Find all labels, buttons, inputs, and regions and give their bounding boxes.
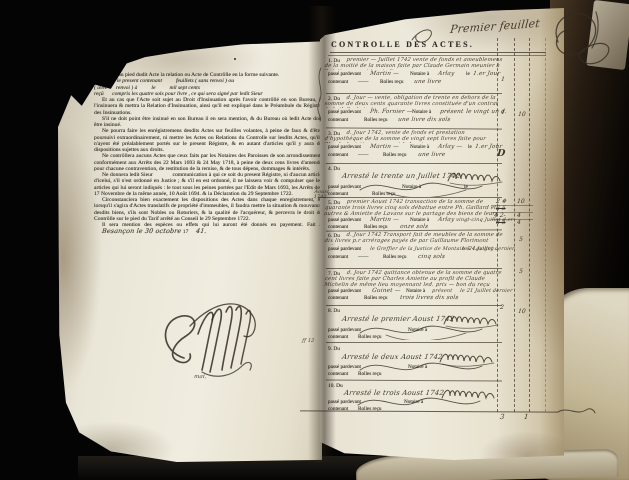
label-notaire-a: Notaire à (410, 144, 429, 150)
label-le: le (468, 144, 472, 150)
label-contenant: contenant (328, 117, 348, 123)
arrete-statement: Arresté le trente un Juillet 1742 (341, 172, 461, 180)
label-notaire-a: Notaire à (410, 217, 429, 223)
notary-name: Martin — (370, 144, 400, 150)
label-rolles-recu: Rolles reçu (380, 79, 403, 85)
scanned-register-photo: Mettra au pied dudit Acte la relation ou… (0, 0, 629, 480)
register-entry-2: 2. Du d. Jour — vente, obligation de tre… (328, 95, 500, 128)
amount-livres: 1 (501, 109, 506, 116)
amount-sols: 4 (517, 212, 522, 219)
label-rolles-recu: Rolles reçu (364, 117, 387, 123)
register-entry-5: 5. Du premier Aoust 1742 transaction de … (328, 199, 500, 230)
entry-number: 10. Du (328, 383, 343, 389)
entry-date: le 21 Juillet dernier (460, 288, 513, 294)
entry-separator (326, 342, 502, 343)
entry-separator (326, 305, 502, 306)
register-entry-9: 9. Du Arresté le deux Aoust 1742 passé p… (328, 345, 500, 378)
label-contenant: contenant (328, 334, 348, 340)
notary-place: Arlay — (438, 144, 463, 150)
notary-name: Martin — (370, 217, 400, 223)
label-le: le (466, 71, 470, 77)
entry-number: 9. Du (328, 346, 340, 352)
amount-livres: 2 (500, 304, 505, 311)
fee-received: onze sols (400, 224, 429, 230)
fee-received: trois livres dix sols (400, 295, 459, 301)
paragraph: S'il ne doit point être insinué en son B… (94, 116, 322, 129)
label-passe-pardevant: passé pardevant (328, 246, 361, 252)
label-rolles-recu: Rolles reçu (383, 152, 406, 158)
amount-livres: 6-5 (496, 205, 506, 212)
label-contenant: contenant (328, 79, 348, 85)
notary-name: Guinet — (372, 288, 401, 294)
fee-received: cinq sols (418, 254, 446, 260)
label-passe-pardevant: passé pardevant (328, 109, 361, 115)
entry-handwritten-text: d. Jour — vente, obligation de trente en… (324, 95, 504, 108)
label-contenant: contenant (328, 254, 348, 260)
entry-date: 1.er Jour (473, 71, 501, 77)
notary-place: Arlay (438, 71, 455, 77)
label-passe-pardevant: passé pardevant (328, 288, 361, 294)
ink-speck (234, 58, 236, 60)
label-rolles-recu: Rolles reçu (364, 224, 387, 230)
controller-signature-flourish (146, 296, 296, 388)
ink-speck (182, 32, 184, 35)
label-notaire-a: Notaire à (412, 109, 431, 115)
closing-handwritten-place: Besançon le 30 octobre (94, 228, 182, 234)
register-entry-10: 10. Du Arresté le trois Aoust 1742 passé… (328, 382, 500, 412)
amount-livres: 2 # (496, 198, 508, 205)
entry-handwritten-text: premier — Juillet 1742 vente de fonds et… (324, 57, 504, 70)
blank-crossing-flourish (356, 360, 488, 377)
amount-sols: 10 (518, 308, 526, 315)
entry-handwritten-text: d. Jour 1742 Transport fait de meubles d… (324, 232, 504, 245)
margin-scrawl-flourish (315, 66, 329, 124)
notary-place: présent (432, 288, 453, 294)
register-entry-7: 7. Du d. Jour 1742 quittance obtenue de … (328, 270, 500, 305)
register-entry-3: 3. Du d. Jour 1742, vente de fonds et pr… (328, 130, 500, 163)
label-notaire-a: Notaire à (410, 71, 429, 77)
total-livres: 3 (500, 413, 505, 421)
total-sols: 1 (524, 413, 529, 421)
label-contenant: contenant (328, 224, 348, 230)
left-page: Mettra au pied dudit Acte la relation ou… (58, 38, 322, 462)
label-notaire-a: Notaire à (406, 288, 425, 294)
label-rolles-recu: Rolles reçu (364, 295, 387, 301)
blank-crossing-flourish (356, 180, 488, 197)
closing-rule-tail-flourish (556, 404, 598, 419)
amount-row-rule (491, 212, 533, 213)
blank-crossing-flourish (354, 395, 486, 412)
blank-crossing-flourish (356, 323, 488, 340)
paragraph: Circonstanciera bien exactement les disp… (94, 197, 322, 222)
entry-number: 4. Du (328, 166, 340, 172)
label-contenant: contenant (328, 152, 348, 158)
fee-received: une livre (414, 79, 442, 85)
entry-separator (326, 268, 502, 269)
label-contenant: contenant (328, 295, 348, 301)
blank-dash: —— (358, 254, 368, 260)
entry-separator (326, 93, 502, 94)
register-entry-6: 6. Du d. Jour 1742 Transport fait de meu… (328, 232, 500, 268)
amount-row-rule (491, 219, 533, 220)
notary-place: présent (440, 109, 464, 115)
paraph-flourish (540, 4, 626, 74)
margin-d-mark: D (496, 148, 505, 159)
amount-sols: 10 (517, 198, 525, 205)
paragraph: Ne pourra faire les enrégistremens desdi… (94, 128, 322, 153)
notary-name: Martin — (370, 71, 400, 77)
page-title: CONTROLLE DES ACTES. (331, 40, 474, 49)
label-passe-pardevant: passé pardevant (328, 217, 361, 223)
margin-note-aoust: Aoust 1742 (313, 190, 339, 201)
notary-place: Arlay (438, 217, 455, 223)
arrete-statement: Arresté le premier Aoust 1742 (341, 315, 455, 323)
entry-handwritten-text: premier Aoust 1742 transaction de la som… (324, 199, 504, 216)
label-passe-pardevant: passé pardevant (328, 71, 361, 77)
closing-line: Il sera mention des espèces ou effets qu… (94, 222, 322, 236)
amount-sols: 5 (519, 236, 524, 243)
blank-dash: —— (358, 79, 368, 85)
entry-separator (326, 163, 502, 164)
amount-sols: 10 (518, 111, 526, 118)
register-entry-4: 4. Du Arresté le trente un Juillet 1742 … (328, 165, 500, 197)
amount-sols: 4 (517, 219, 522, 226)
entry-handwritten-text: d. Jour 1742, vente de fonds et prestati… (324, 130, 504, 143)
closing-year-handwritten: 41. (188, 228, 208, 234)
label-passe-pardevant: passé pardevant (328, 144, 361, 150)
register-entry-1: 1. Du premier — Juillet 1742 vente de fo… (328, 57, 500, 93)
label-rolles-recu: Rolles reçu (383, 254, 406, 260)
entry-handwritten-text: d. Jour 1742 quittance obtenue de la som… (324, 270, 504, 287)
paragraph: Ne donnera ledit Sieur communication à q… (94, 172, 322, 197)
amount-livres: 6-5 (496, 219, 506, 226)
blank-dash: —— (358, 152, 368, 158)
amount-sols: 5 (519, 268, 524, 275)
column-rule (545, 38, 546, 412)
column-rule (529, 38, 530, 412)
entry-number: 8. Du (328, 308, 340, 314)
amount-livres: 1 (501, 76, 506, 83)
paragraph: Et au cas que l'Acte soit sujet au Droit… (94, 97, 322, 116)
fee-received: une livre (418, 152, 446, 158)
notary-name: Ph. Fornier — (370, 109, 414, 115)
paragraph: Ne contrôllera aucuns Actes que ceux fai… (94, 153, 322, 172)
fee-received: une livre dix sols (398, 117, 451, 123)
column-rule (514, 38, 515, 412)
printed-instructions: Mettra au pied dudit Acte la relation ou… (94, 72, 322, 236)
entry-date: le 24 Juillet dernier (462, 246, 515, 252)
amount-row-rule (491, 205, 533, 206)
margin-folio-mark: ff 12 (302, 338, 315, 344)
register-entry-8: 8. Du Arresté le premier Aoust 1742 pass… (328, 307, 500, 340)
label-contenant: contenant (328, 371, 348, 377)
amount-livres: 4 2- (494, 212, 506, 219)
